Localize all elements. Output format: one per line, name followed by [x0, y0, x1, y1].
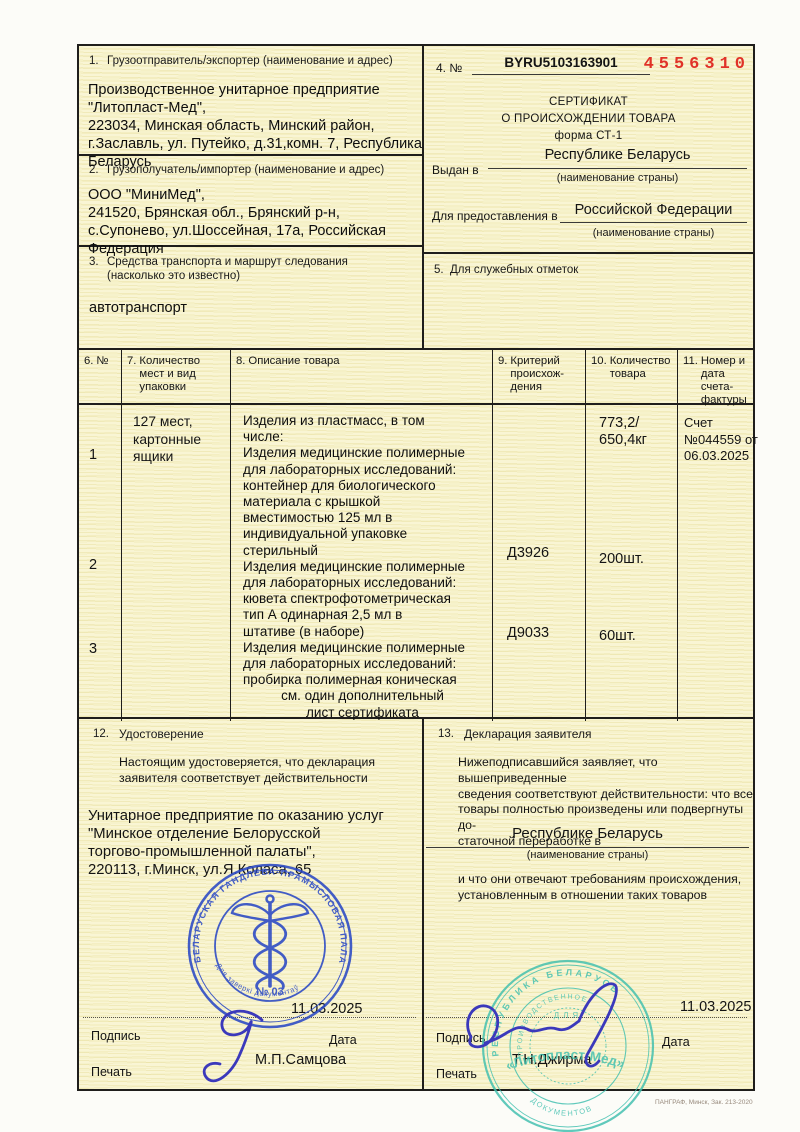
box5-number: 5.: [434, 264, 444, 278]
header-num: 10.: [591, 355, 607, 403]
box-official-marks: 5. Для служебных отметок: [424, 254, 753, 348]
certificate-title-line2: О ПРОИСХОЖДЕНИИ ТОВАРА: [424, 111, 753, 128]
goods-table-header: 6. № 7. Количество мест и вид упаковки 8…: [79, 350, 753, 405]
certificate-form: 1. Грузоотправитель/экспортер (наименова…: [77, 44, 755, 1091]
importer-value: ООО "МиниМед", 241520, Брянская обл., Бр…: [88, 186, 428, 258]
certificate-scan-page: 1. Грузоотправитель/экспортер (наименова…: [0, 0, 800, 1132]
header-col-number: 6. №: [79, 350, 122, 403]
declaration-country: Республике Беларусь: [426, 825, 749, 848]
col-invoice: Счет №044559 от 06.03.2025: [678, 405, 753, 721]
description-note: см. один дополнительный лист сертификата: [243, 688, 490, 720]
goods-table: 6. № 7. Количество мест и вид упаковки 8…: [79, 348, 753, 719]
stamp-word-bottom: ДОКУМЕНТОВ: [529, 1096, 594, 1118]
invoice-value: Счет №044559 от 06.03.2025: [684, 415, 766, 465]
issued-in-label: Выдан в: [432, 163, 479, 177]
certificate-title-line1: СЕРТИФИКАТ: [424, 94, 753, 111]
box3-number: 3.: [89, 256, 99, 270]
header-text: №: [96, 355, 108, 403]
header-num: 6.: [84, 355, 93, 403]
box13-title: Декларация заявителя: [464, 728, 592, 742]
quantity-1: 200шт.: [599, 551, 644, 567]
description-item-1: Изделия медицинские полимерные для лабор…: [243, 445, 490, 558]
transport-value: автотранспорт: [89, 299, 187, 317]
row-number-3: 3: [89, 641, 97, 657]
col-description: Изделия из пластмасс, в том числе: Издел…: [231, 405, 493, 721]
box12-number: 12.: [93, 728, 109, 742]
goods-table-body: 1 2 3 127 мест, картонные ящики Изделия …: [79, 405, 753, 721]
criterion-2: Д9033: [507, 625, 549, 641]
header-text: Количество мест и вид упаковки: [139, 355, 200, 403]
col-quantity: 773,2/ 650,4кг 200шт. 60шт.: [586, 405, 678, 721]
seal-label: Печать: [91, 1065, 132, 1079]
date-label: Дата: [329, 1033, 357, 1047]
certification-statement: Настоящим удостоверяется, что декларация…: [119, 755, 375, 786]
col-criterion: Д3926 Д9033: [493, 405, 586, 721]
header-col-criterion: 9. Критерий происхож- дения: [493, 350, 586, 403]
box1-title: Грузоотправитель/экспортер (наименование…: [107, 55, 393, 69]
header-col-quantity: 10. Количество товара: [586, 350, 678, 403]
header-text: Критерий происхож- дения: [510, 355, 564, 403]
header-num: 8.: [236, 355, 245, 403]
box4-number-label: 4. №: [436, 61, 462, 75]
presented-to-hint: (наименование страны): [560, 227, 747, 239]
header-col-packing: 7. Количество мест и вид упаковки: [122, 350, 231, 403]
quantity-total: 773,2/ 650,4кг: [599, 415, 647, 449]
declaration-statement-2: и что они отвечают требованиям происхожд…: [458, 871, 741, 903]
declaration-date: 11.03.2025: [680, 999, 752, 1015]
box-exporter: 1. Грузоотправитель/экспортер (наименова…: [79, 46, 424, 156]
header-col-invoice: 11. Номер и дата счета- фактуры: [678, 350, 753, 403]
certificate-number-value: BYRU5103163901: [472, 55, 650, 75]
packing-value: 127 мест, картонные ящики: [133, 413, 201, 466]
box-transport: 3. Средства транспорта и маршрут следова…: [79, 247, 424, 348]
row-number-1: 1: [89, 447, 97, 463]
presented-to-value: Российской Федерации: [560, 202, 747, 223]
header-text: Описание товара: [248, 355, 339, 403]
box-certificate-number: 4. № BYRU5103163901 4556310 СЕРТИФИКАТ О…: [424, 46, 753, 254]
box12-title: Удостоверение: [119, 728, 204, 742]
issued-in-value: Республике Беларусь: [488, 147, 747, 169]
col-packing: 127 мест, картонные ящики: [122, 405, 231, 721]
declaration-country-hint: (наименование страны): [426, 849, 749, 861]
printer-mark: ПАНГРАФ, Минск, Зак. 213-2020: [655, 1099, 753, 1106]
header-num: 7.: [127, 355, 136, 403]
header-text: Номер и дата счета- фактуры: [701, 355, 750, 403]
date-label: Дата: [662, 1035, 690, 1049]
certificate-title: СЕРТИФИКАТ О ПРОИСХОЖДЕНИИ ТОВАРА форма …: [424, 94, 753, 145]
criterion-1: Д3926: [507, 545, 549, 561]
description-item-3: Изделия медицинские полимерные для лабор…: [243, 640, 490, 689]
box3-title: Средства транспорта и маршрут следования…: [107, 256, 348, 283]
header-col-description: 8. Описание товара: [231, 350, 493, 403]
caduceus-icon: [232, 896, 308, 989]
header-num: 11.: [683, 355, 698, 403]
exporter-value: Производственное унитарное предприятие "…: [88, 81, 428, 171]
signature-left-ink: [196, 1006, 288, 1092]
header-num: 9.: [498, 355, 507, 403]
issued-in-hint: (наименование страны): [488, 172, 747, 184]
presented-to-label: Для предоставления в: [432, 209, 558, 223]
box5-title: Для служебных отметок: [450, 264, 578, 278]
col-row-numbers: 1 2 3: [79, 405, 122, 721]
signature-label: Подпись: [91, 1029, 140, 1043]
description-item-2: Изделия медицинские полимерные для лабор…: [243, 559, 490, 640]
certificate-title-line3: форма СТ-1: [424, 128, 753, 145]
signature-right-ink: [455, 975, 647, 1077]
box13-number: 13.: [438, 728, 454, 742]
quantity-2: 60шт.: [599, 628, 636, 644]
serial-number-red: 4556310: [644, 55, 750, 74]
description-intro: Изделия из пластмасс, в том числе:: [243, 413, 490, 445]
header-text: Количество товара: [610, 355, 671, 403]
row-number-2: 2: [89, 557, 97, 573]
box1-number: 1.: [89, 55, 99, 69]
